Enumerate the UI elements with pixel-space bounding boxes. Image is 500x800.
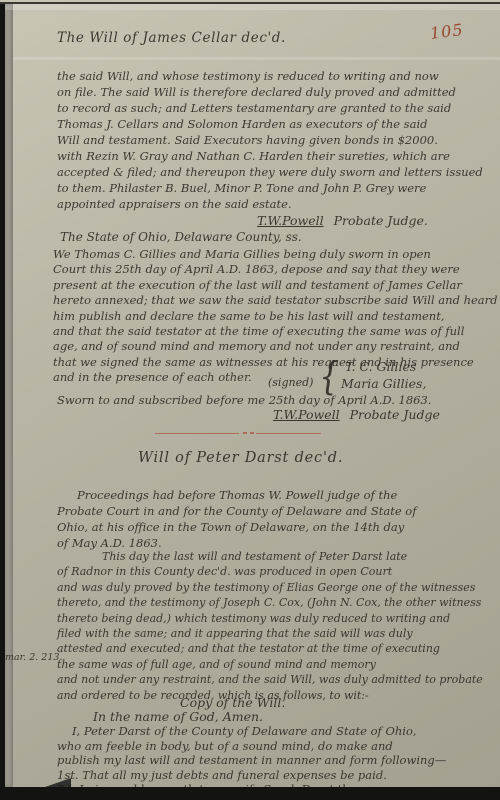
page-top-sheen — [5, 4, 500, 10]
text-line: and that the said testator at the time o… — [53, 324, 498, 339]
text-line: thereto being dead,) which testimony was… — [57, 611, 500, 626]
margin-note: mar. 2. 213. — [5, 652, 62, 663]
text-line: and not under any restraint, and the sai… — [57, 672, 500, 687]
text-line: Proceedings had before Thomas W. Powell … — [57, 487, 497, 503]
divider-dot — [243, 432, 247, 434]
text-line: age, and of sound mind and memory and no… — [53, 339, 498, 354]
text-line: with Rezin W. Gray and Nathan C. Harden … — [57, 148, 497, 164]
section-title-peter-darst: Will of Peter Darst dec'd. — [138, 450, 343, 466]
text-line: who am feeble in body, but of a sound mi… — [57, 739, 500, 754]
text-line: that we signed the same as witnesses at … — [53, 355, 498, 370]
text-line: This day the last will and testament of … — [57, 549, 500, 564]
text-line: on file. The said Will is therefore decl… — [57, 84, 497, 100]
text-line: hereto annexed; that we saw the said tes… — [53, 293, 498, 308]
text-line: appointed appraisers on the said estate. — [57, 196, 497, 212]
probate-paragraph: This day the last will and testament of … — [57, 549, 500, 703]
text-line: to them. Philaster B. Buel, Minor P. Ton… — [57, 180, 497, 196]
invocation-line: In the name of God, Amen. — [93, 709, 263, 724]
affidavit-heading: The State of Ohio, Delaware County, ss. — [60, 230, 302, 245]
witness-signature-1: T. C. Gillies — [345, 359, 416, 374]
judge-title: Probate Judge. — [334, 213, 428, 228]
text-line: Will and testament. Said Executors havin… — [57, 132, 497, 148]
text-line: thereto, and the testimony of Joseph C. … — [57, 595, 500, 610]
judge-title: Probate Judge — [350, 407, 440, 422]
text-line: him publish and declare the same to be h… — [53, 309, 498, 324]
horizontal-crease — [13, 57, 500, 60]
text-line: Ohio, at his office in the Town of Delaw… — [57, 519, 497, 535]
signature-brace: { — [319, 354, 338, 398]
text-line: 2d. I give and bequeath to my wife Sarah… — [57, 782, 500, 787]
record-book-photo: 105 The Will of James Cellar dec'd. the … — [0, 0, 500, 800]
signed-label: (signed) — [268, 376, 313, 389]
text-line: to record as such; and Letters testament… — [57, 100, 497, 116]
ledger-page: 105 The Will of James Cellar dec'd. the … — [5, 4, 500, 787]
divider-dot — [250, 432, 254, 434]
judge-signature: T.W.Powell — [273, 407, 340, 422]
page-number: 105 — [429, 20, 465, 43]
section-title-james-cellar: The Will of James Cellar dec'd. — [57, 30, 286, 46]
judge-signature-line-2: T.W.PowellProbate Judge — [273, 407, 440, 422]
text-line: publish my last will and testament in ma… — [57, 753, 500, 768]
james-cellar-body: the said Will, and whose testimony is re… — [57, 68, 497, 212]
proceedings-paragraph: Proceedings had before Thomas W. Powell … — [57, 487, 497, 551]
text-line: and was duly proved by the testimony of … — [57, 580, 500, 595]
section-divider-rule — [155, 432, 321, 435]
text-line: the said Will, and whose testimony is re… — [57, 68, 497, 84]
divider-segment — [256, 433, 321, 434]
divider-segment — [155, 433, 239, 434]
text-line: I, Peter Darst of the County of Delaware… — [57, 724, 500, 739]
text-line: Probate Court in and for the County of D… — [57, 503, 497, 519]
judge-signature-line-1: T.W.PowellProbate Judge. — [257, 213, 428, 228]
text-line: filed with the same; and it appearing th… — [57, 626, 500, 641]
witness-signature-2: Maria Gillies, — [341, 376, 426, 391]
will-text: I, Peter Darst of the County of Delaware… — [57, 724, 500, 787]
text-line: Court this 25th day of April A.D. 1863, … — [53, 262, 498, 277]
judge-signature: T.W.Powell — [257, 213, 324, 228]
affidavit-body: We Thomas C. Gillies and Maria Gillies b… — [53, 247, 498, 386]
text-line: 1st. That all my just debts and funeral … — [57, 768, 500, 783]
text-line: of Radnor in this County dec'd. was prod… — [57, 564, 500, 579]
text-line: attested and executed; and that the test… — [57, 641, 500, 656]
text-line: the same was of full age, and of sound m… — [57, 657, 500, 672]
text-line: accepted & filed; and thereupon they wer… — [57, 164, 497, 180]
binding-gutter — [5, 4, 13, 787]
text-line: present at the execution of the last wil… — [53, 278, 498, 293]
copy-of-will-heading: Copy of the Will. — [180, 695, 285, 710]
text-line: We Thomas C. Gillies and Maria Gillies b… — [53, 247, 498, 262]
text-line: Thomas J. Cellars and Solomon Harden as … — [57, 116, 497, 132]
